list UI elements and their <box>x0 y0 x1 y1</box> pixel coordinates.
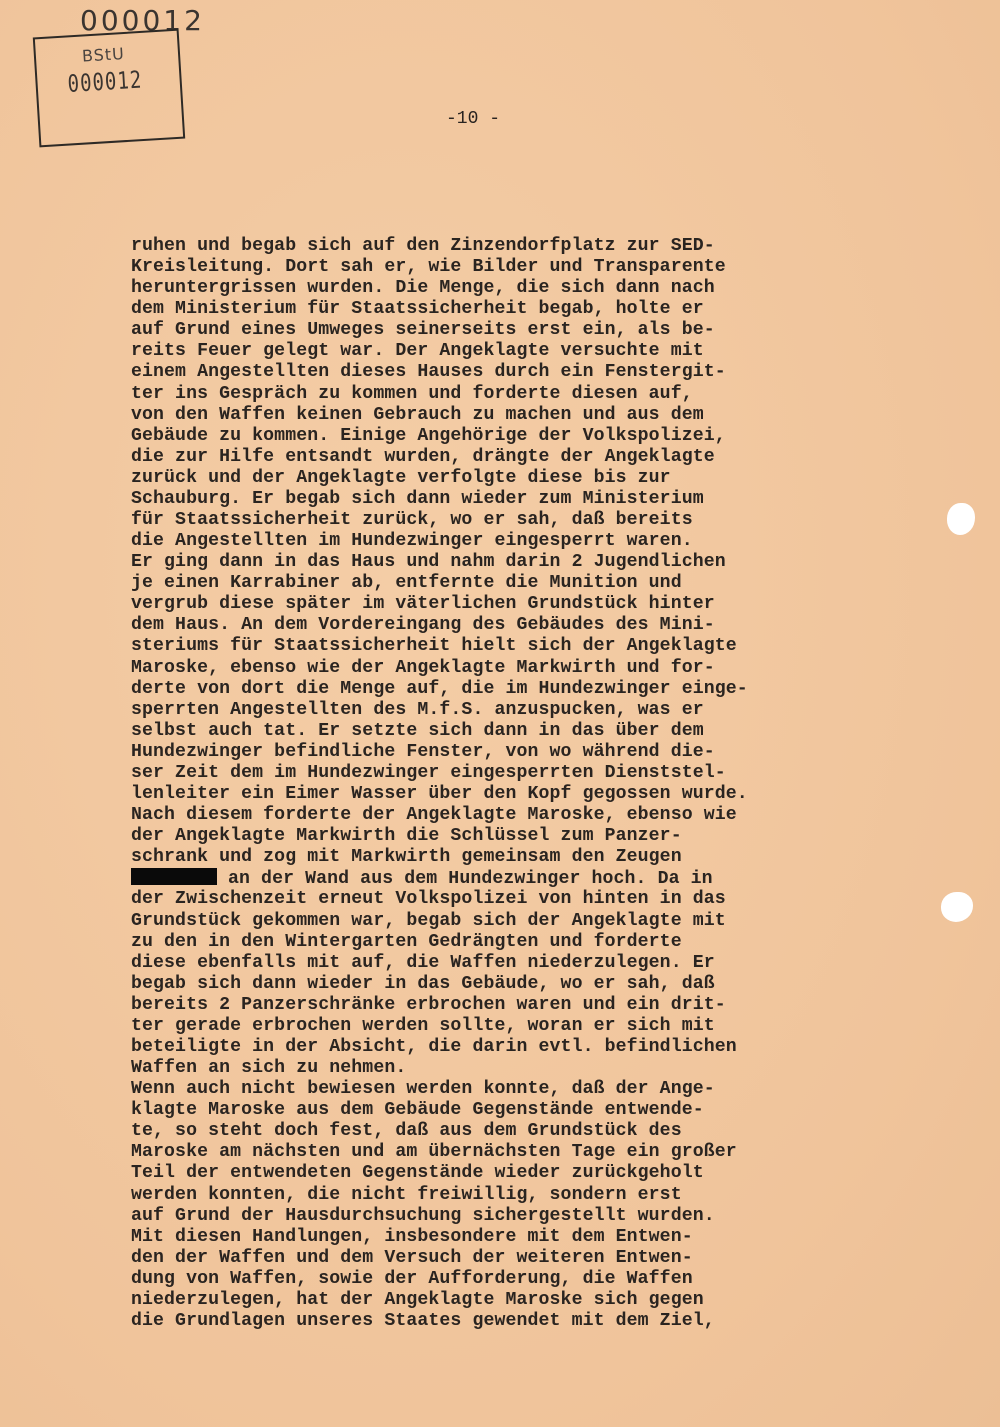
text-line: Wenn auch nicht bewiesen werden konnte, … <box>131 1079 748 1100</box>
text-line: vergrub diese später im väterlichen Grun… <box>131 594 748 615</box>
text-line: den der Waffen und dem Versuch der weite… <box>131 1248 748 1269</box>
text-line: ter ins Gespräch zu kommen und forderte … <box>131 384 748 405</box>
text-line: begab sich dann wieder in das Gebäude, w… <box>131 974 748 995</box>
text-line: auf Grund der Hausdurchsuchung sicherges… <box>131 1206 748 1227</box>
text-line: zu den in den Wintergarten Gedrängten un… <box>131 932 748 953</box>
text-line: te, so steht doch fest, daß aus dem Grun… <box>131 1121 748 1142</box>
text-line: Schauburg. Er begab sich dann wieder zum… <box>131 489 748 510</box>
text-line: derte von dort die Menge auf, die im Hun… <box>131 679 748 700</box>
text-line: Teil der entwendeten Gegenstände wieder … <box>131 1163 748 1184</box>
text-line: heruntergrissen wurden. Die Menge, die s… <box>131 278 748 299</box>
text-line: je einen Karrabiner ab, entfernte die Mu… <box>131 573 748 594</box>
text-line: Hundezwinger befindliche Fenster, von wo… <box>131 742 748 763</box>
text-line: an der Wand aus dem Hundezwinger hoch. D… <box>131 868 748 889</box>
text-line: beteiligte in der Absicht, die darin evt… <box>131 1037 748 1058</box>
text-line: einem Angestellten dieses Hauses durch e… <box>131 362 748 383</box>
text-line: Waffen an sich zu nehmen. <box>131 1058 748 1079</box>
text-line: Maroske am nächsten und am übernächsten … <box>131 1142 748 1163</box>
stamp-number: 000012 <box>67 66 143 98</box>
document-body: ruhen und begab sich auf den Zinzendorfp… <box>131 236 748 1332</box>
redaction-bar <box>131 868 217 885</box>
text-line: die zur Hilfe entsandt wurden, drängte d… <box>131 447 748 468</box>
text-line: zurück und der Angeklagte verfolgte dies… <box>131 468 748 489</box>
text-line: Grundstück gekommen war, begab sich der … <box>131 911 748 932</box>
page-number: -10 - <box>446 109 500 129</box>
text-line: diese ebenfalls mit auf, die Waffen nied… <box>131 953 748 974</box>
text-line: Mit diesen Handlungen, insbesondere mit … <box>131 1227 748 1248</box>
stamp-title: BStU <box>81 44 125 66</box>
text-line: auf Grund eines Umweges seinerseits erst… <box>131 320 748 341</box>
text-line: von den Waffen keinen Gebrauch zu machen… <box>131 405 748 426</box>
text-line: werden konnten, die nicht freiwillig, so… <box>131 1185 748 1206</box>
text-line: lenleiter ein Eimer Wasser über den Kopf… <box>131 784 748 805</box>
text-line: dung von Waffen, sowie der Aufforderung,… <box>131 1269 748 1290</box>
text-line: sperrten Angestellten des M.f.S. anzuspu… <box>131 700 748 721</box>
text-line: steriums für Staatssicherheit hielt sich… <box>131 636 748 657</box>
text-line: der Zwischenzeit erneut Volkspolizei von… <box>131 889 748 910</box>
text-line: Kreisleitung. Dort sah er, wie Bilder un… <box>131 257 748 278</box>
text-line: für Staatssicherheit zurück, wo er sah, … <box>131 510 748 531</box>
text-line: schrank und zog mit Markwirth gemeinsam … <box>131 847 748 868</box>
text-line: ter gerade erbrochen werden sollte, wora… <box>131 1016 748 1037</box>
text-line: bereits 2 Panzerschränke erbrochen waren… <box>131 995 748 1016</box>
text-line: klagte Maroske aus dem Gebäude Gegenstän… <box>131 1100 748 1121</box>
text-line: ruhen und begab sich auf den Zinzendorfp… <box>131 236 748 257</box>
text-line: selbst auch tat. Er setzte sich dann in … <box>131 721 748 742</box>
text-line: Gebäude zu kommen. Einige Angehörige der… <box>131 426 748 447</box>
text-line: die Angestellten im Hundezwinger eingesp… <box>131 531 748 552</box>
text-line: die Grundlagen unseres Staates gewendet … <box>131 1311 748 1332</box>
text-line: ser Zeit dem im Hundezwinger eingesperrt… <box>131 763 748 784</box>
text-line: reits Feuer gelegt war. Der Angeklagte v… <box>131 341 748 362</box>
text-line: der Angeklagte Markwirth die Schlüssel z… <box>131 826 748 847</box>
text-line: niederzulegen, hat der Angeklagte Marosk… <box>131 1290 748 1311</box>
text-line: Maroske, ebenso wie der Angeklagte Markw… <box>131 658 748 679</box>
text-line: Er ging dann in das Haus und nahm darin … <box>131 552 748 573</box>
text-line: dem Haus. An dem Vordereingang des Gebäu… <box>131 615 748 636</box>
text-line: Nach diesem forderte der Angeklagte Maro… <box>131 805 748 826</box>
bstu-stamp: BStU 000012 <box>33 29 185 148</box>
text-line: dem Ministerium für Staatssicherheit beg… <box>131 299 748 320</box>
